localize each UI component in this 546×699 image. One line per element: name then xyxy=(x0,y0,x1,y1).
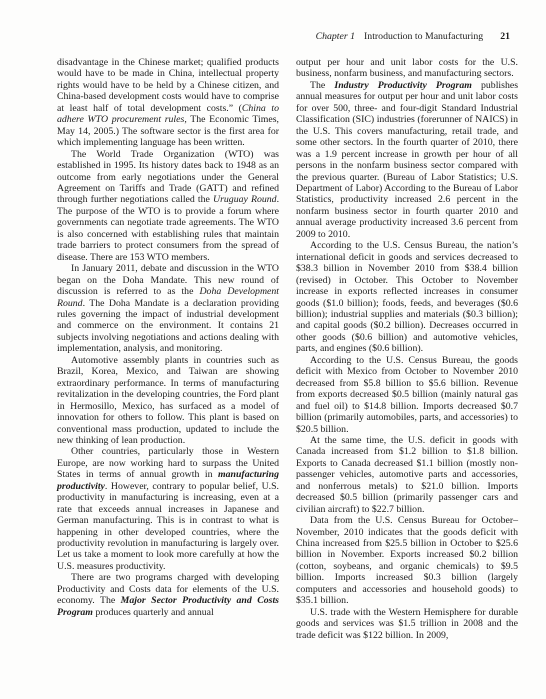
text-segment: Industry Productivity Program xyxy=(334,80,471,91)
text-segment: According to the U.S. Census Bureau, the… xyxy=(296,240,518,354)
left-column: disadvantage in the Chinese market; qual… xyxy=(57,57,279,641)
paragraph: Other countries, particularly those in W… xyxy=(57,446,279,572)
book-page: Chapter 1Introduction to Manufacturing21… xyxy=(0,0,546,699)
text-segment: At the same time, the U.S. deficit in go… xyxy=(296,435,518,515)
paragraph: There are two programs charged with deve… xyxy=(57,572,279,618)
running-head: Chapter 1Introduction to Manufacturing21 xyxy=(57,31,510,42)
chapter-label: Chapter 1 xyxy=(316,31,355,42)
text-segment: The xyxy=(310,80,334,91)
paragraph: U.S. trade with the Western Hemisphere f… xyxy=(296,607,518,641)
paragraph: Automotive assembly plants in countries … xyxy=(57,355,279,447)
text-segment: U.S. trade with the Western Hemisphere f… xyxy=(296,607,518,641)
chapter-title: Introduction to Manufacturing xyxy=(364,31,483,42)
text-segment: . The Doha Mandate is a declaration prov… xyxy=(57,298,279,355)
text-segment: output per hour and unit labor costs for… xyxy=(296,57,518,79)
paragraph: In January 2011, debate and discussion i… xyxy=(57,263,279,355)
text-segment: produces quarterly and annual xyxy=(93,607,214,618)
paragraph: According to the U.S. Census Bureau, the… xyxy=(296,355,518,435)
paragraph: Data from the U.S. Census Bureau for Oct… xyxy=(296,515,518,607)
text-columns: disadvantage in the Chinese market; qual… xyxy=(57,57,518,641)
text-segment: publishes annual measures for output per… xyxy=(296,80,518,240)
text-segment: Automotive assembly plants in countries … xyxy=(57,355,279,446)
text-segment: According to the U.S. Census Bureau, the… xyxy=(296,355,518,435)
paragraph: disadvantage in the Chinese market; qual… xyxy=(57,57,279,149)
paragraph: According to the U.S. Census Bureau, the… xyxy=(296,240,518,355)
page-number: 21 xyxy=(500,31,510,42)
paragraph: The Industry Productivity Program publis… xyxy=(296,80,518,240)
paragraph: output per hour and unit labor costs for… xyxy=(296,57,518,80)
text-segment: . However, contrary to popular belief, U… xyxy=(57,481,279,572)
right-column: output per hour and unit labor costs for… xyxy=(296,57,518,641)
paragraph: The World Trade Organization (WTO) was e… xyxy=(57,149,279,264)
text-segment: Uruguay Round xyxy=(213,194,277,205)
paragraph: At the same time, the U.S. deficit in go… xyxy=(296,435,518,515)
text-segment: Data from the U.S. Census Bureau for Oct… xyxy=(296,515,518,606)
